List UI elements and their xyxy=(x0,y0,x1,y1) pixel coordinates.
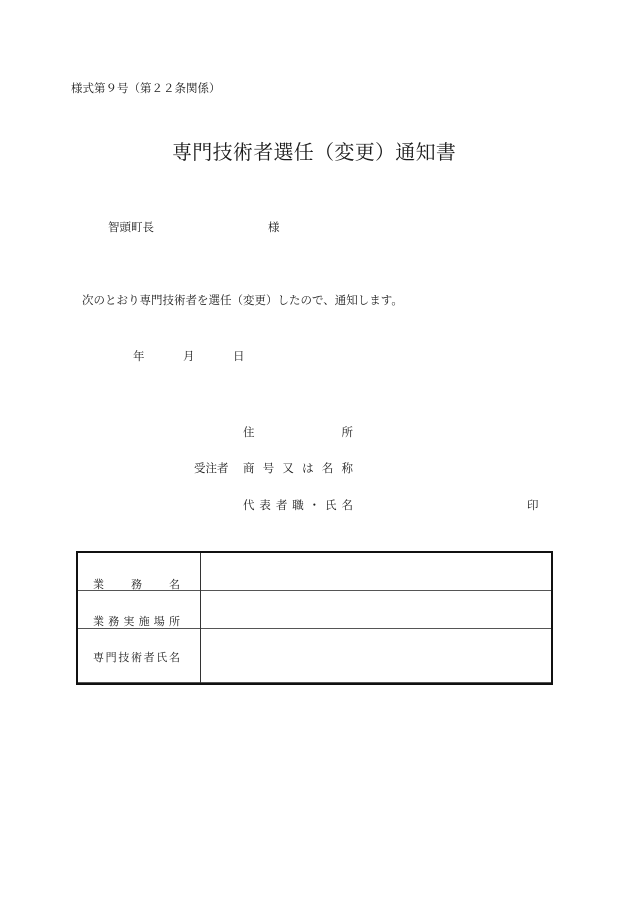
char: 称 xyxy=(341,460,353,476)
char: 住 xyxy=(243,424,255,440)
label-project-name: 業 務 名 xyxy=(93,576,180,592)
char: 業 xyxy=(93,613,104,629)
info-table: 業 務 名 業 務 実 施 場 所 専 門 技 術 者 氏 名 xyxy=(76,551,553,685)
date-month-label: 月 xyxy=(183,348,195,364)
char: 又 xyxy=(282,460,294,476)
column-divider xyxy=(200,553,201,683)
addressee: 智頭町長 xyxy=(108,219,154,235)
char: 名 xyxy=(322,460,334,476)
char: 表 xyxy=(259,497,271,513)
char: 代 xyxy=(243,497,255,513)
char: 商 xyxy=(243,460,255,476)
form-number: 様式第９号（第２２条関係） xyxy=(71,80,221,96)
value-engineer-name[interactable] xyxy=(202,629,551,682)
table-row-project-location: 業 務 実 施 場 所 xyxy=(78,591,551,629)
char: 施 xyxy=(139,613,150,629)
char: 氏 xyxy=(156,649,167,665)
char: 務 xyxy=(131,576,142,592)
label-engineer-name: 専 門 技 術 者 氏 名 xyxy=(93,649,180,665)
contractor-representative-label: 代 表 者 職 ・ 氏 名 xyxy=(243,497,353,513)
char: 所 xyxy=(169,613,180,629)
char: 門 xyxy=(106,649,117,665)
char: 者 xyxy=(144,649,155,665)
contractor-address-label: 住 所 xyxy=(243,424,353,440)
contractor-label: 受注者 xyxy=(194,460,229,476)
char: 名 xyxy=(341,497,353,513)
value-project-name[interactable] xyxy=(202,553,551,590)
char: 技 xyxy=(118,649,129,665)
char: 実 xyxy=(123,613,134,629)
char: 業 xyxy=(93,576,104,592)
char: ・ xyxy=(309,497,321,513)
contractor-company-label: 商 号 又 は 名 称 xyxy=(243,460,353,476)
value-project-location[interactable] xyxy=(202,591,551,628)
char: 氏 xyxy=(325,497,337,513)
table-row-engineer-name: 専 門 技 術 者 氏 名 xyxy=(78,629,551,683)
char: は xyxy=(302,460,314,476)
char: 所 xyxy=(342,424,354,440)
date-day-label: 日 xyxy=(233,348,245,364)
char: 号 xyxy=(263,460,275,476)
date-year-label: 年 xyxy=(133,348,145,364)
char: 職 xyxy=(292,497,304,513)
honorific: 様 xyxy=(268,219,280,235)
char: 術 xyxy=(131,649,142,665)
char: 務 xyxy=(108,613,119,629)
char: 名 xyxy=(169,576,180,592)
char: 専 xyxy=(93,649,104,665)
table-row-project-name: 業 務 名 xyxy=(78,553,551,591)
char: 名 xyxy=(169,649,180,665)
char: 者 xyxy=(276,497,288,513)
char: 場 xyxy=(154,613,165,629)
label-project-location: 業 務 実 施 場 所 xyxy=(93,613,180,629)
seal-mark: 印 xyxy=(527,497,539,513)
document-title: 専門技術者選任（変更）通知書 xyxy=(172,136,456,165)
body-text: 次のとおり専門技術者を選任（変更）したので、通知します。 xyxy=(82,292,403,308)
